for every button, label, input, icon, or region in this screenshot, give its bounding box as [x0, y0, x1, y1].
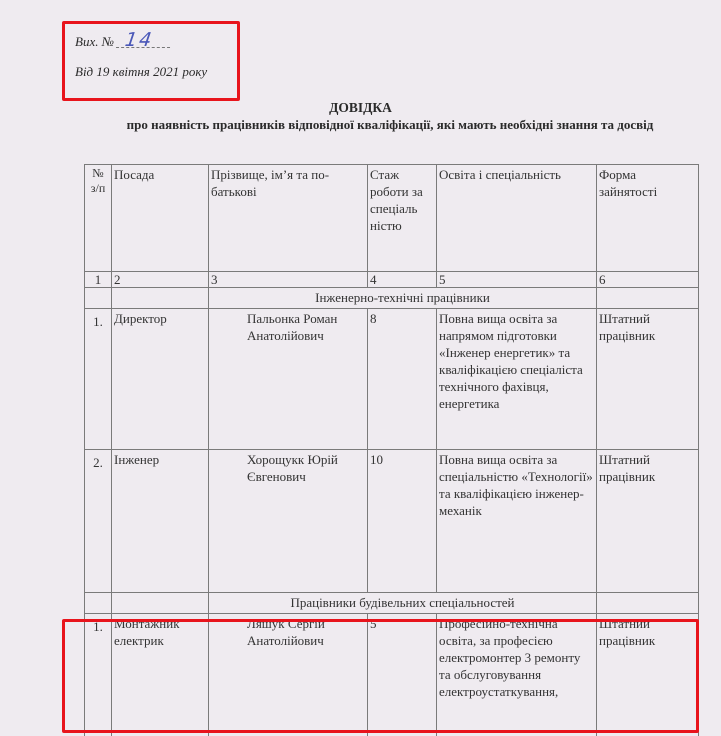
row-experience: 10	[368, 450, 437, 593]
row-employment: Штатний працівник	[597, 614, 699, 736]
row-employment: Штатний працівник	[597, 450, 699, 593]
table-header-row: № з/п Посада Прізвище, ім’я та по-батько…	[85, 165, 699, 272]
column-number-row: 1 2 3 4 5 6	[85, 272, 699, 288]
row-name: Ляшук Сергій Анатолійович	[209, 614, 368, 736]
row-position: Монтажник електрик	[112, 614, 209, 736]
table-row: 1. Монтажник електрик Ляшук Сергій Анато…	[85, 614, 699, 736]
empty-cell	[112, 593, 209, 614]
row-education: Професійно-технічна освіта, за професією…	[437, 614, 597, 736]
staff-table: № з/п Посада Прізвище, ім’я та по-батько…	[84, 164, 699, 736]
empty-cell	[597, 288, 699, 309]
empty-cell	[112, 288, 209, 309]
row-education: Повна вища освіта за спеціальністю «Техн…	[437, 450, 597, 593]
column-number: 2	[112, 272, 209, 288]
section-row: Інженерно-технічні працівники	[85, 288, 699, 309]
header-name: Прізвище, ім’я та по-батькові	[209, 165, 368, 272]
row-name: Пальонка Роман Анатолійович	[209, 309, 368, 450]
header-experience: Стаж роботи за спеціаль ністю	[368, 165, 437, 272]
outgoing-date: Від 19 квітня 2021 року	[75, 64, 207, 80]
row-number: 1.	[85, 614, 112, 736]
outgoing-number: Вих. № 14	[75, 33, 171, 50]
empty-cell	[597, 593, 699, 614]
section-title: Інженерно-технічні працівники	[209, 288, 597, 309]
table-row: 2. Інженер Хорощукк Юрій Євгенович 10 По…	[85, 450, 699, 593]
document-subtitle: про наявність працівників відповідної кв…	[100, 117, 680, 133]
row-name: Хорощукк Юрій Євгенович	[209, 450, 368, 593]
column-number: 6	[597, 272, 699, 288]
row-experience: 8	[368, 309, 437, 450]
row-position: Інженер	[112, 450, 209, 593]
table-row: 1. Директор Пальонка Роман Анатолійович …	[85, 309, 699, 450]
row-experience: 5	[368, 614, 437, 736]
empty-cell	[85, 288, 112, 309]
outgoing-number-highlight: Вих. № 14 Від 19 квітня 2021 року	[62, 21, 240, 101]
row-number: 2.	[85, 450, 112, 593]
column-number: 1	[85, 272, 112, 288]
header-number: № з/п	[85, 165, 112, 272]
column-number: 5	[437, 272, 597, 288]
header-position: Посада	[112, 165, 209, 272]
header-education: Освіта і спеціальність	[437, 165, 597, 272]
row-number: 1.	[85, 309, 112, 450]
column-number: 4	[368, 272, 437, 288]
empty-cell	[85, 593, 112, 614]
row-education: Повна вища освіта за напрямом підготовки…	[437, 309, 597, 450]
section-row: Працівники будівельних спеціальностей	[85, 593, 699, 614]
row-position: Директор	[112, 309, 209, 450]
row-employment: Штатний працівник	[597, 309, 699, 450]
document-title: ДОВІДКА	[0, 100, 721, 116]
column-number: 3	[209, 272, 368, 288]
outgoing-number-value: 14	[116, 33, 172, 48]
section-title: Працівники будівельних спеціальностей	[209, 593, 597, 614]
header-employment: Форма зайнятості	[597, 165, 699, 272]
outgoing-number-label: Вих. №	[75, 34, 114, 49]
